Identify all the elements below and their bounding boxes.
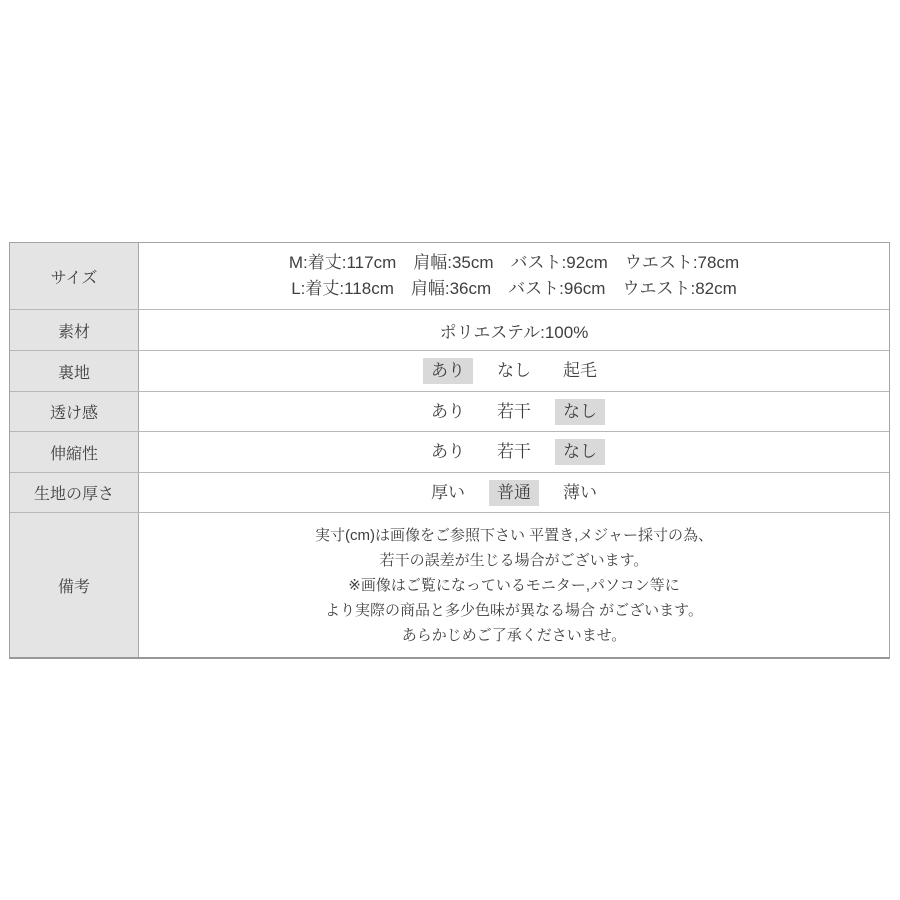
row-value: 実寸(cm)は画像をご参照下さい 平置き,メジャー採寸の為、 若干の誤差が生じる… bbox=[139, 513, 889, 657]
note-line: 実寸(cm)は画像をご参照下さい 平置き,メジャー採寸の為、 bbox=[315, 523, 713, 548]
row-label: 素材 bbox=[10, 310, 139, 350]
row-value: あり 若干 なし bbox=[139, 432, 889, 472]
note-line: あらかじめご了承くださいませ。 bbox=[402, 623, 627, 648]
option-pill: 薄い bbox=[555, 480, 605, 506]
row-label: 備考 bbox=[10, 513, 139, 657]
row-label: サイズ bbox=[10, 243, 139, 309]
row-material: 素材 ポリエステル:100% bbox=[10, 310, 889, 351]
row-sheerness: 透け感 あり 若干 なし bbox=[10, 392, 889, 432]
row-value: あり なし 起毛 bbox=[139, 351, 889, 391]
option-pill: あり bbox=[423, 358, 473, 384]
row-label: 伸縮性 bbox=[10, 432, 139, 472]
option-pill: あり bbox=[423, 399, 473, 425]
row-label: 生地の厚さ bbox=[10, 473, 139, 512]
option-pill: なし bbox=[489, 358, 539, 384]
option-pill: 普通 bbox=[489, 480, 539, 506]
row-value: あり 若干 なし bbox=[139, 392, 889, 431]
size-line-l: L:着丈:118cm 肩幅:36cm バスト:96cm ウエスト:82cm bbox=[291, 276, 737, 302]
row-value: ポリエステル:100% bbox=[139, 310, 889, 350]
product-spec-table: サイズ M:着丈:117cm 肩幅:35cm バスト:92cm ウエスト:78c… bbox=[9, 242, 890, 659]
option-pill: 若干 bbox=[489, 399, 539, 425]
row-label: 透け感 bbox=[10, 392, 139, 431]
row-stretch: 伸縮性 あり 若干 なし bbox=[10, 432, 889, 473]
option-pill: なし bbox=[555, 399, 605, 425]
option-pill: 若干 bbox=[489, 439, 539, 465]
material-value: ポリエステル:100% bbox=[440, 318, 589, 343]
size-line-m: M:着丈:117cm 肩幅:35cm バスト:92cm ウエスト:78cm bbox=[289, 250, 739, 276]
note-line: ※画像はご覧になっているモニター,パソコン等に bbox=[348, 573, 679, 598]
note-line: 若干の誤差が生じる場合がございます。 bbox=[380, 548, 649, 573]
option-pill: 厚い bbox=[423, 480, 473, 506]
row-thickness: 生地の厚さ 厚い 普通 薄い bbox=[10, 473, 889, 513]
option-pill: あり bbox=[423, 439, 473, 465]
option-pill: なし bbox=[555, 439, 605, 465]
row-value: 厚い 普通 薄い bbox=[139, 473, 889, 512]
row-label: 裏地 bbox=[10, 351, 139, 391]
row-notes: 備考 実寸(cm)は画像をご参照下さい 平置き,メジャー採寸の為、 若干の誤差が… bbox=[10, 513, 889, 657]
row-size: サイズ M:着丈:117cm 肩幅:35cm バスト:92cm ウエスト:78c… bbox=[10, 243, 889, 310]
row-lining: 裏地 あり なし 起毛 bbox=[10, 351, 889, 392]
option-pill: 起毛 bbox=[555, 358, 605, 384]
note-line: より実際の商品と多少色味が異なる場合 がございます。 bbox=[325, 598, 703, 623]
row-value: M:着丈:117cm 肩幅:35cm バスト:92cm ウエスト:78cm L:… bbox=[139, 243, 889, 309]
